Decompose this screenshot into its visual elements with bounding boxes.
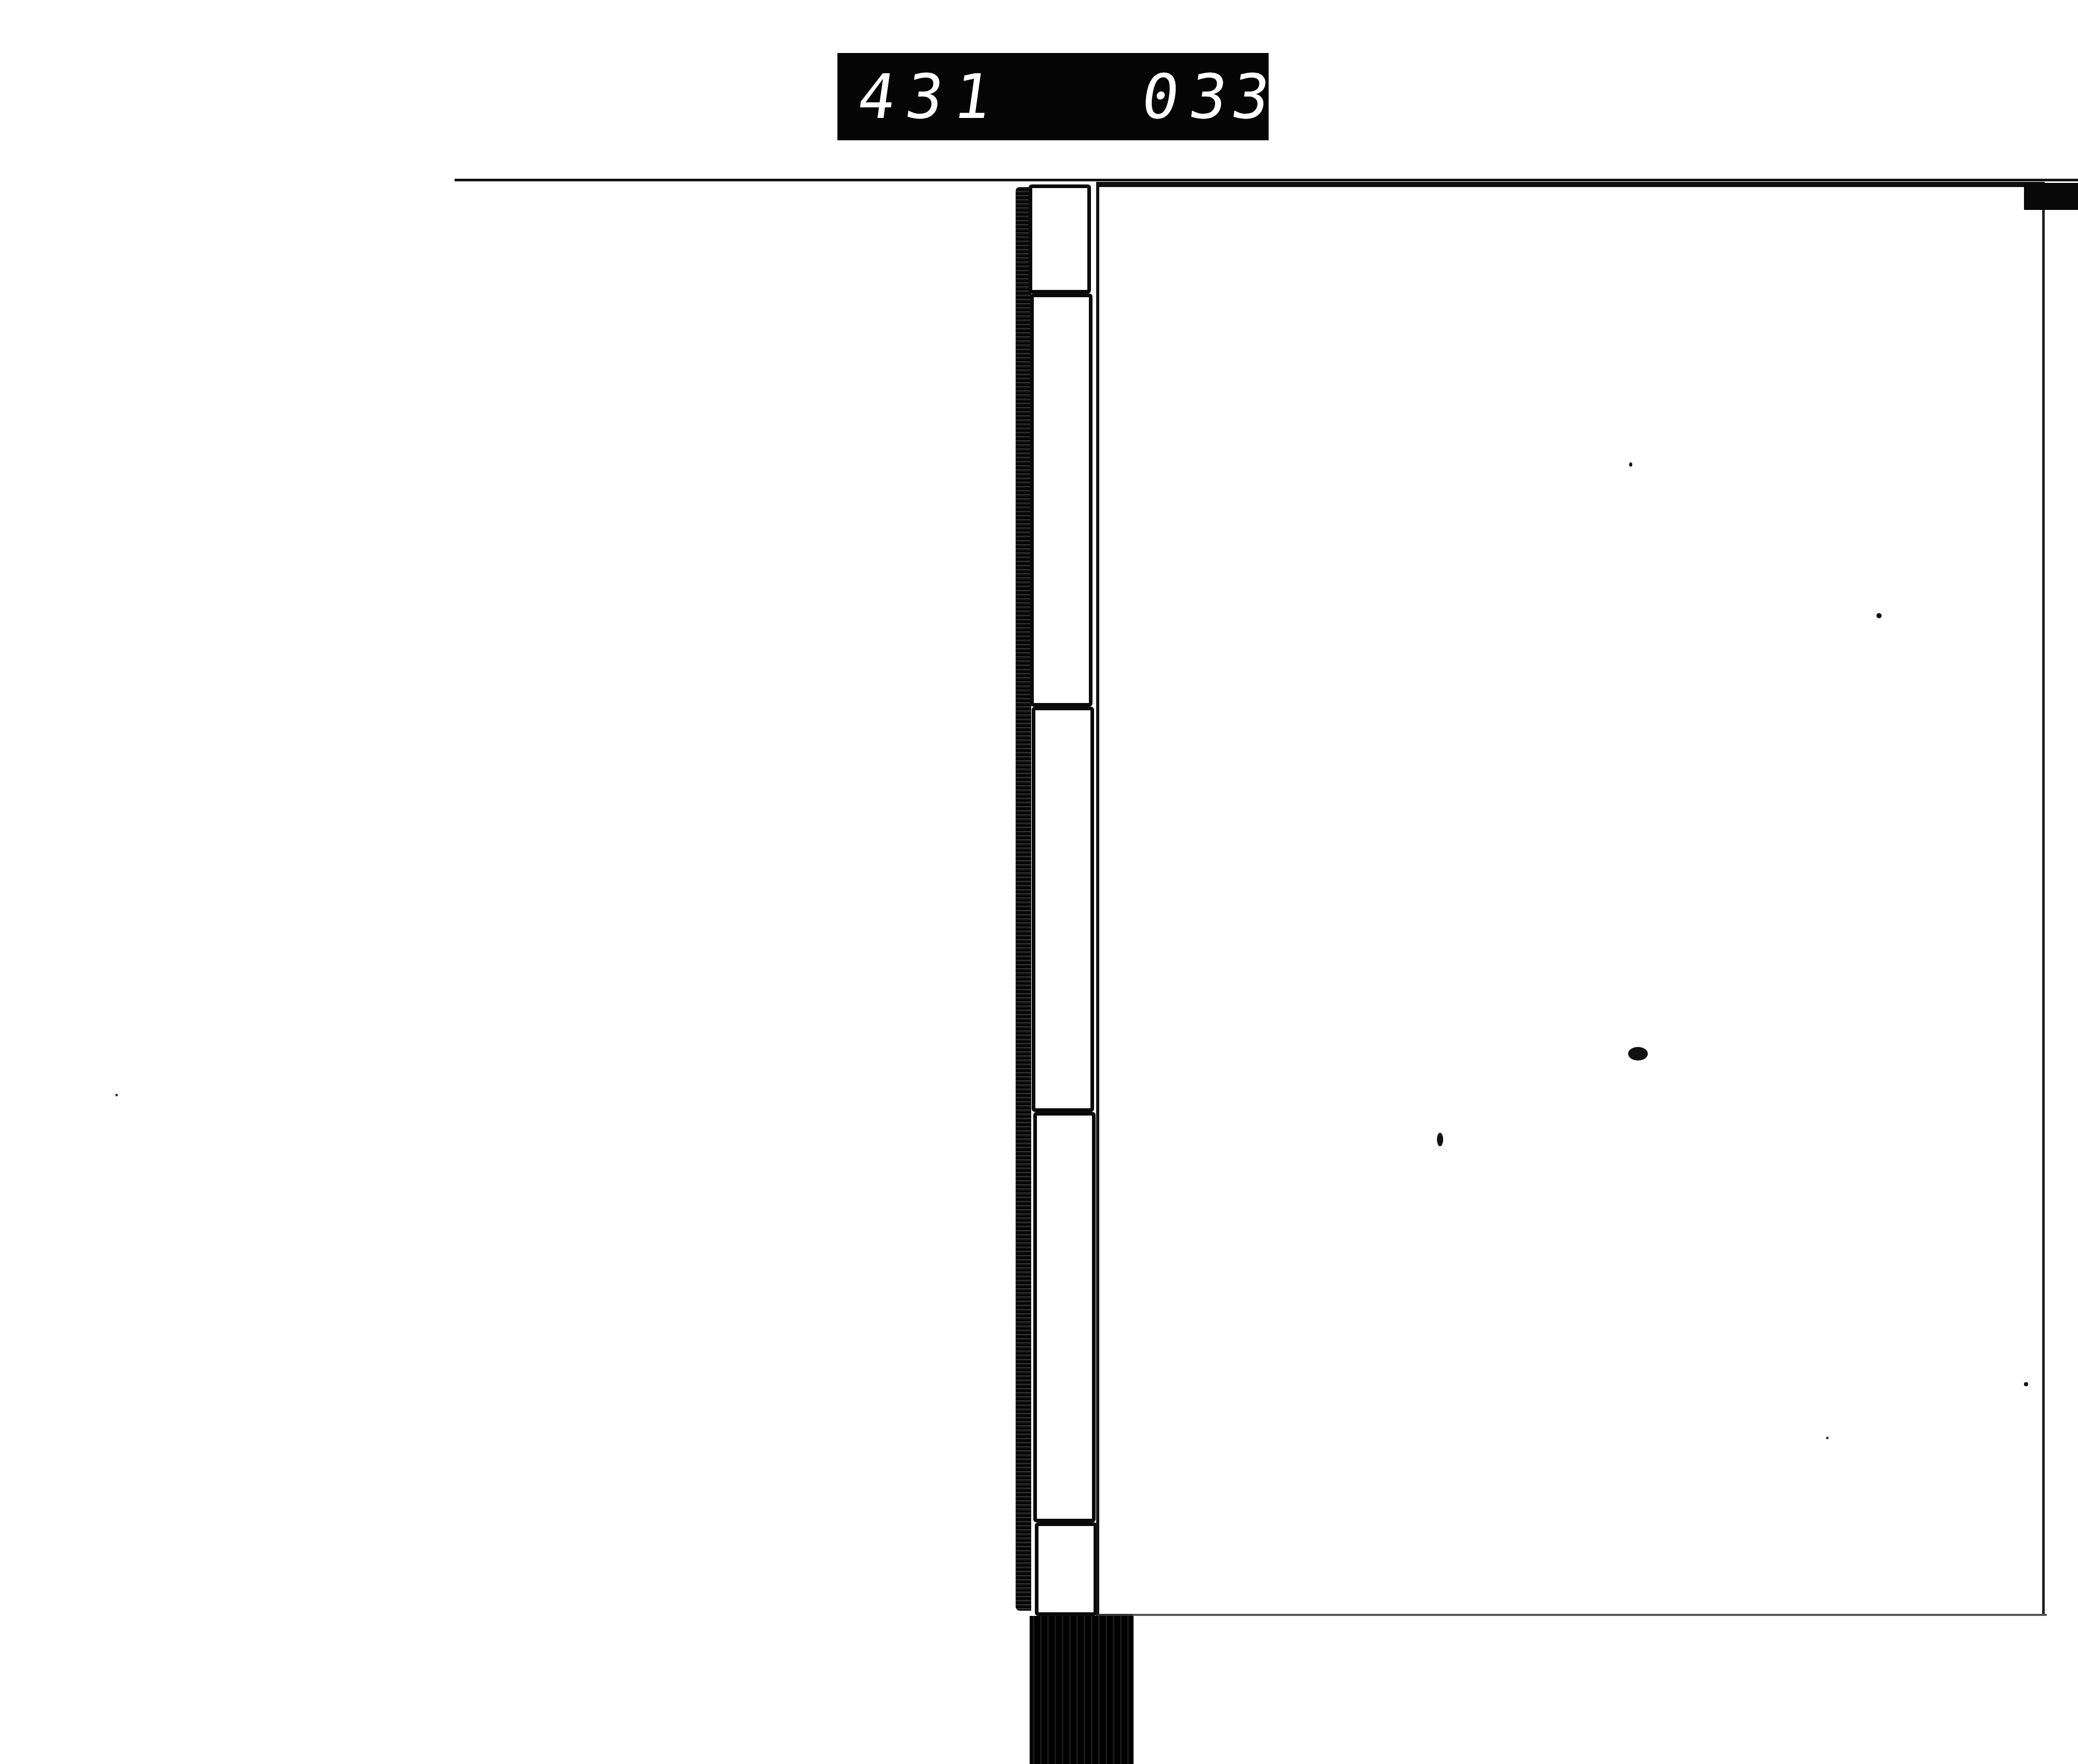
book-spine xyxy=(1029,184,1100,1616)
reel-number: 4 3 1 xyxy=(853,61,996,132)
dust-speck xyxy=(115,1094,118,1096)
spine-segment xyxy=(1035,1522,1097,1616)
book-cover xyxy=(1096,182,2045,1616)
spine-segment xyxy=(1030,294,1093,707)
dark-edge-band xyxy=(2024,183,2078,210)
frame-digit: 3. xyxy=(1227,61,1285,132)
cover-bottom-edge xyxy=(1133,1614,2047,1616)
spine-foot-shadow xyxy=(1030,1616,1134,1764)
spine-segment xyxy=(1032,707,1094,1112)
smudge-mark xyxy=(1628,1047,1648,1060)
reel-digit: 1 xyxy=(943,61,1001,132)
smudge-mark xyxy=(2024,1382,2028,1386)
frame-counter: 4 3 1 0 3 3. xyxy=(837,53,1269,140)
spine-segment xyxy=(1029,184,1091,294)
smudge-mark xyxy=(1876,613,1882,618)
microfilm-scan: 4 3 1 0 3 3. xyxy=(0,0,2078,1764)
frame-number: 0 3 3. xyxy=(1137,61,1280,132)
spine-segment xyxy=(1033,1112,1096,1522)
table-edge-line xyxy=(455,179,2078,181)
dust-speck xyxy=(1826,1437,1829,1439)
smudge-mark xyxy=(1437,1133,1443,1146)
smudge-mark xyxy=(1629,462,1632,467)
